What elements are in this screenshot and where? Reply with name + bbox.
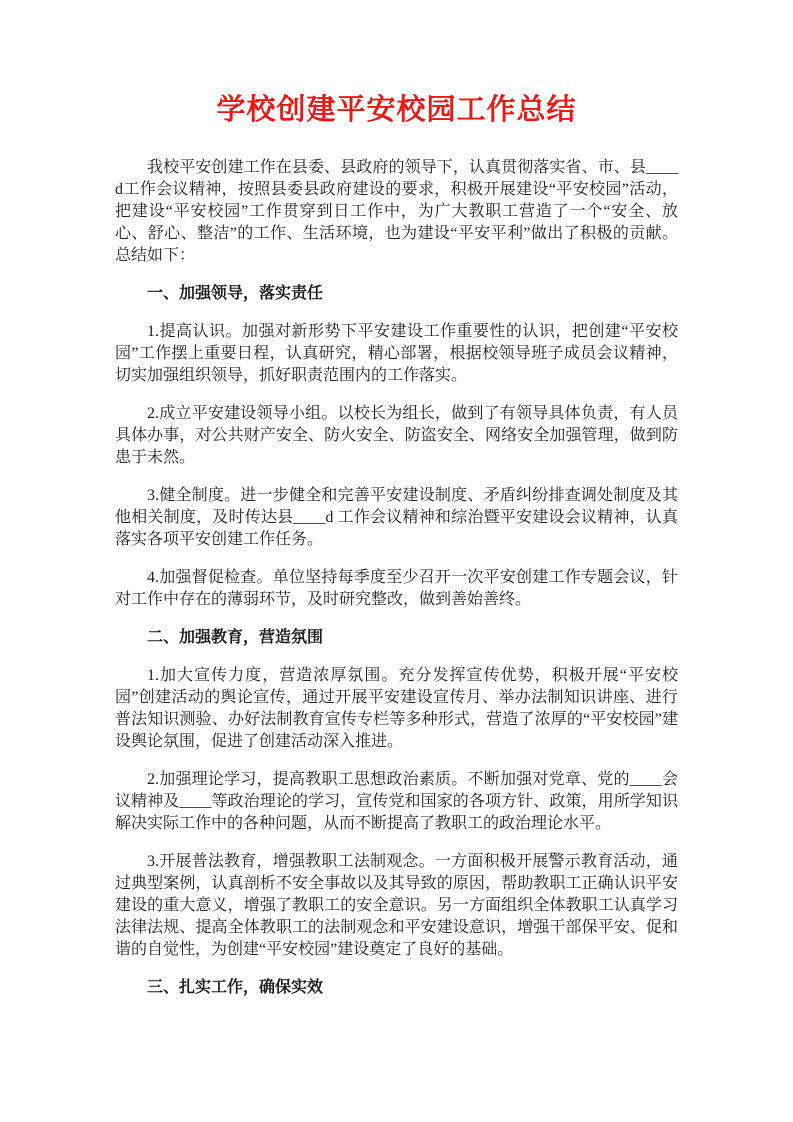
paragraph-1-3: 3.健全制度。进一步健全和完善平安建设制度、矛盾纠纷排查调处制度及其他相关制度，… — [115, 485, 678, 551]
section-heading-2: 二、加强教育，营造氛围 — [115, 627, 678, 649]
paragraph-1-1: 1.提高认识。加强对新形势下平安建设工作重要性的认识，把创建“平安校园”工作摆上… — [115, 321, 678, 387]
paragraph-2-1: 1.加大宣传力度，营造浓厚氛围。充分发挥宣传优势，积极开展“平安校园”创建活动的… — [115, 665, 678, 753]
section-heading-1: 一、加强领导，落实责任 — [115, 283, 678, 305]
section-heading-3: 三、扎实工作，确保实效 — [115, 977, 678, 999]
paragraph-1-4: 4.加强督促检查。单位坚持每季度至少召开一次平安创建工作专题会议，针对工作中存在… — [115, 567, 678, 611]
paragraph-2-2: 2.加强理论学习，提高教职工思想政治素质。不断加强对党章、党的____会议精神及… — [115, 769, 678, 835]
document-page: 学校创建平安校园工作总结 我校平安创建工作在县委、县政府的领导下，认真贯彻落实省… — [0, 0, 793, 1122]
document-title: 学校创建平安校园工作总结 — [115, 90, 678, 131]
paragraph-1-2: 2.成立平安建设领导小组。以校长为组长，做到了有领导具体负责，有人员具体办事，对… — [115, 403, 678, 469]
paragraph-2-3: 3.开展普法教育，增强教职工法制观念。一方面积极开展警示教育活动，通过典型案例，… — [115, 851, 678, 961]
paragraph-intro: 我校平安创建工作在县委、县政府的领导下，认真贯彻落实省、市、县____d工作会议… — [115, 157, 678, 267]
